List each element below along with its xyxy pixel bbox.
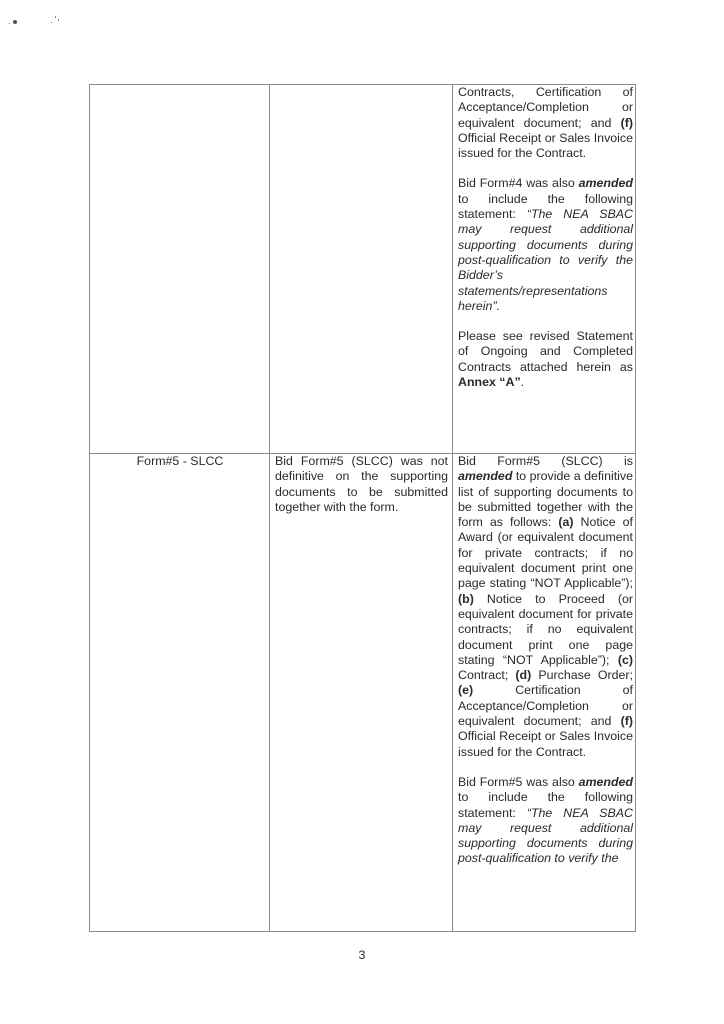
table-row: Contracts, Certification of Acceptance/C… [90, 85, 636, 454]
row1-amendment-cell: Contracts, Certification of Acceptance/C… [453, 85, 636, 454]
row2-amendment-para-1: Bid Form#5 (SLCC) is amended to provide … [458, 454, 633, 760]
row1-issue-cell [270, 85, 453, 454]
amendment-table: Contracts, Certification of Acceptance/C… [89, 84, 636, 932]
row2-amendment-para-2: Bid Form#5 was also amended to include t… [458, 775, 633, 867]
row1-amendment-para-2: Bid Form#4 was also amended to include t… [458, 176, 633, 314]
row2-amendment-cell: Bid Form#5 (SLCC) is amended to provide … [453, 454, 636, 932]
row2-form-cell: Form#5 - SLCC [90, 454, 270, 932]
table-row: Form#5 - SLCC Bid Form#5 (SLCC) was not … [90, 454, 636, 932]
row1-form-cell [90, 85, 270, 454]
page-number: 3 [0, 948, 724, 962]
row1-amendment-para-1: Contracts, Certification of Acceptance/C… [458, 85, 633, 161]
row1-amendment-para-3: Please see revised Statement of Ongoing … [458, 329, 633, 390]
scan-artifacts [0, 0, 120, 40]
row2-issue-cell: Bid Form#5 (SLCC) was not definitive on … [270, 454, 453, 932]
